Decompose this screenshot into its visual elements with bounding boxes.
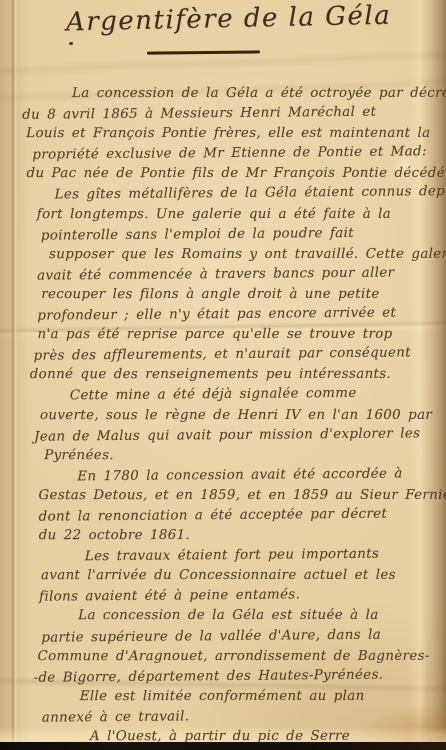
manuscript-line: du Pac née de Pontie fils de Mr François…	[21, 164, 435, 184]
manuscript-line: La concession de la Géla est située à la	[23, 606, 437, 626]
manuscript-line: avait été commencée à travers bancs pour…	[21, 263, 435, 287]
manuscript-line: recouper les filons à angle droit à une …	[21, 285, 435, 305]
manuscript-line: -de Bigorre, département des Hautes-Pyré…	[24, 665, 438, 689]
manuscript-line: fort longtemps. Une galerie qui a été fa…	[21, 204, 435, 224]
manuscript-title: Argentifère de la Géla	[66, 1, 397, 38]
manuscript-scan: Argentifère de la Géla La concession de …	[0, 0, 446, 750]
manuscript-line: pointerolle sans l'emploi de la poudre f…	[21, 223, 435, 247]
manuscript-line: Les gîtes métallifères de la Géla étaien…	[21, 183, 435, 207]
manuscript-line: filons avaient été à peine entamés.	[23, 585, 437, 609]
manuscript-lines: La concession de la Géla a été octroyée …	[20, 83, 438, 749]
manuscript-line: Louis et François Pontie frères, elle es…	[20, 124, 434, 144]
manuscript-line: propriété exclusive de Mr Etienne de Pon…	[20, 142, 434, 166]
manuscript-line: Cette mine a été déjà signalée comme	[22, 384, 436, 408]
manuscript-line: du 8 avril 1865 à Messieurs Henri Maréch…	[20, 102, 434, 126]
manuscript-line: En 1780 la concession avait été accordée…	[22, 464, 436, 488]
manuscript-line: Pyrénées.	[22, 446, 436, 466]
manuscript-line: du 22 octobre 1861.	[23, 526, 437, 546]
manuscript-line: Jean de Malus qui avait pour mission d'e…	[22, 424, 436, 448]
title-underline	[147, 50, 260, 54]
manuscript-line: La concession de la Géla a été octroyée …	[20, 84, 434, 104]
manuscript-line: profondeur ; elle n'y était pas encore a…	[21, 303, 435, 327]
manuscript-line: dont la renonciation a été acceptée par …	[23, 504, 437, 528]
manuscript-line: Elle est limitée conformément au plan	[24, 687, 438, 707]
manuscript-line: près des affleurements, et n'aurait par …	[22, 343, 436, 367]
manuscript-line: ouverte, sous le règne de Henri IV en l'…	[22, 405, 436, 425]
manuscript-line: Gestas Detous, et en 1859, et en 1859 au…	[22, 486, 436, 506]
manuscript-line: avant l'arrivée du Concessionnaire actue…	[23, 566, 437, 586]
manuscript-line: annexé à ce travail.	[24, 705, 438, 729]
manuscript-line: supposer que les Romains y ont travaillé…	[21, 245, 435, 265]
ink-dot	[69, 42, 73, 45]
manuscript-line: n'a pas été reprise parce qu'elle se tro…	[22, 325, 436, 345]
manuscript-line: donné que des renseignements peu intéres…	[22, 365, 436, 385]
manuscript-line: partie supérieure de la vallée d'Aure, d…	[23, 625, 437, 649]
manuscript-page: Argentifère de la Géla La concession de …	[0, 0, 446, 743]
manuscript-line: Les travaux étaient fort peu importants	[23, 544, 437, 568]
manuscript-line: Commune d'Aragnouet, arrondissement de B…	[23, 646, 437, 666]
scan-bottom-edge	[0, 742, 446, 750]
